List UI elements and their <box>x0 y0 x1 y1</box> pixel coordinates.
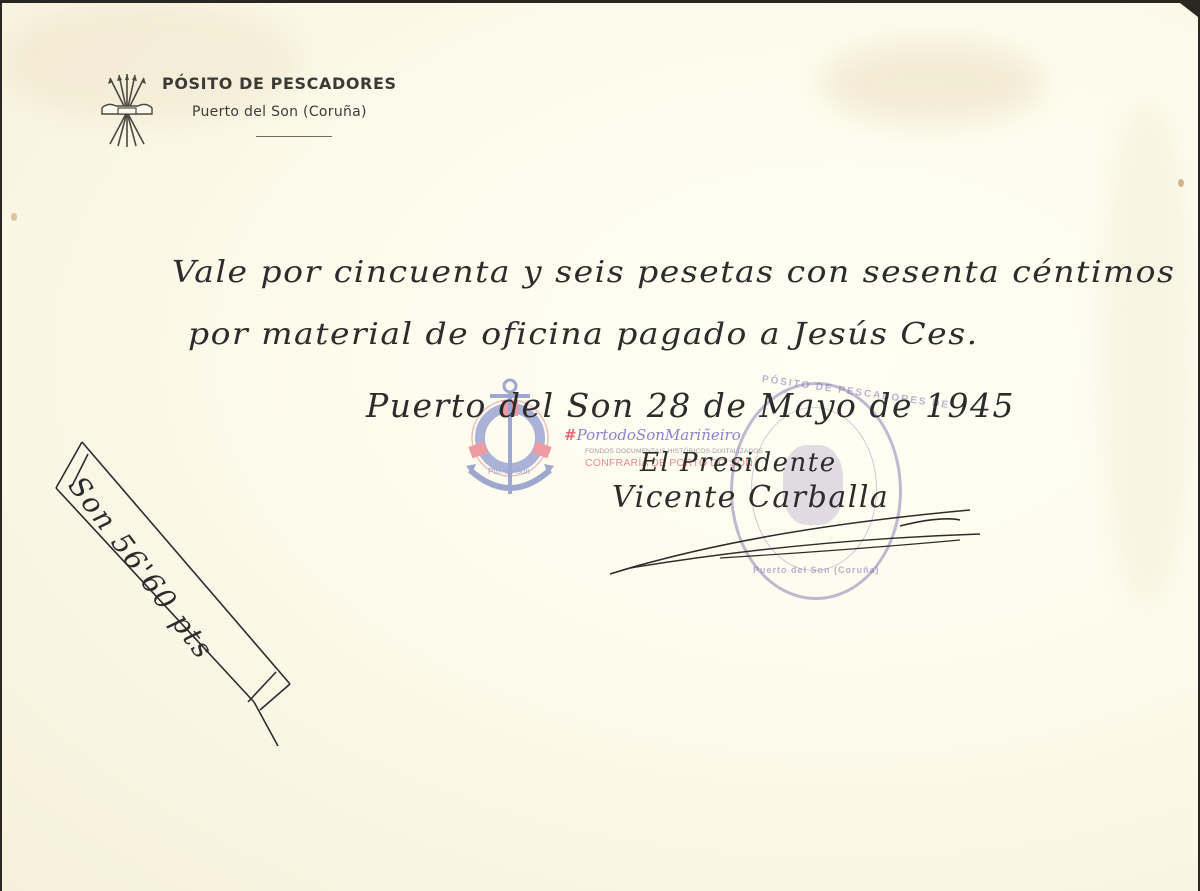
dateline: Puerto del Son 28 de Mayo de 1945 <box>366 386 1015 425</box>
paper-stain <box>822 43 1042 123</box>
signature-flourish <box>600 470 1000 590</box>
hashtag-text: PortodoSonMariñeiro <box>577 426 741 444</box>
watermark-hashtag: #PortodoSonMariñeiro <box>564 426 741 444</box>
paper-spot <box>1178 179 1184 187</box>
yoke-and-arrows-icon <box>98 72 156 148</box>
organization-name: PÓSITO DE PESCADORES <box>162 74 397 93</box>
paper-stain <box>1102 103 1192 603</box>
organization-location: Puerto del Son (Coruña) <box>192 104 367 120</box>
body-line-1: Vale por cincuenta y seis pesetas con se… <box>172 254 1175 290</box>
hash-symbol: # <box>564 426 577 444</box>
body-line-2: por material de oficina pagado a Jesús C… <box>188 316 979 352</box>
letterhead-divider <box>256 136 332 137</box>
paper-spot <box>11 213 17 221</box>
svg-text:Pto. do Son: Pto. do Son <box>488 467 530 476</box>
